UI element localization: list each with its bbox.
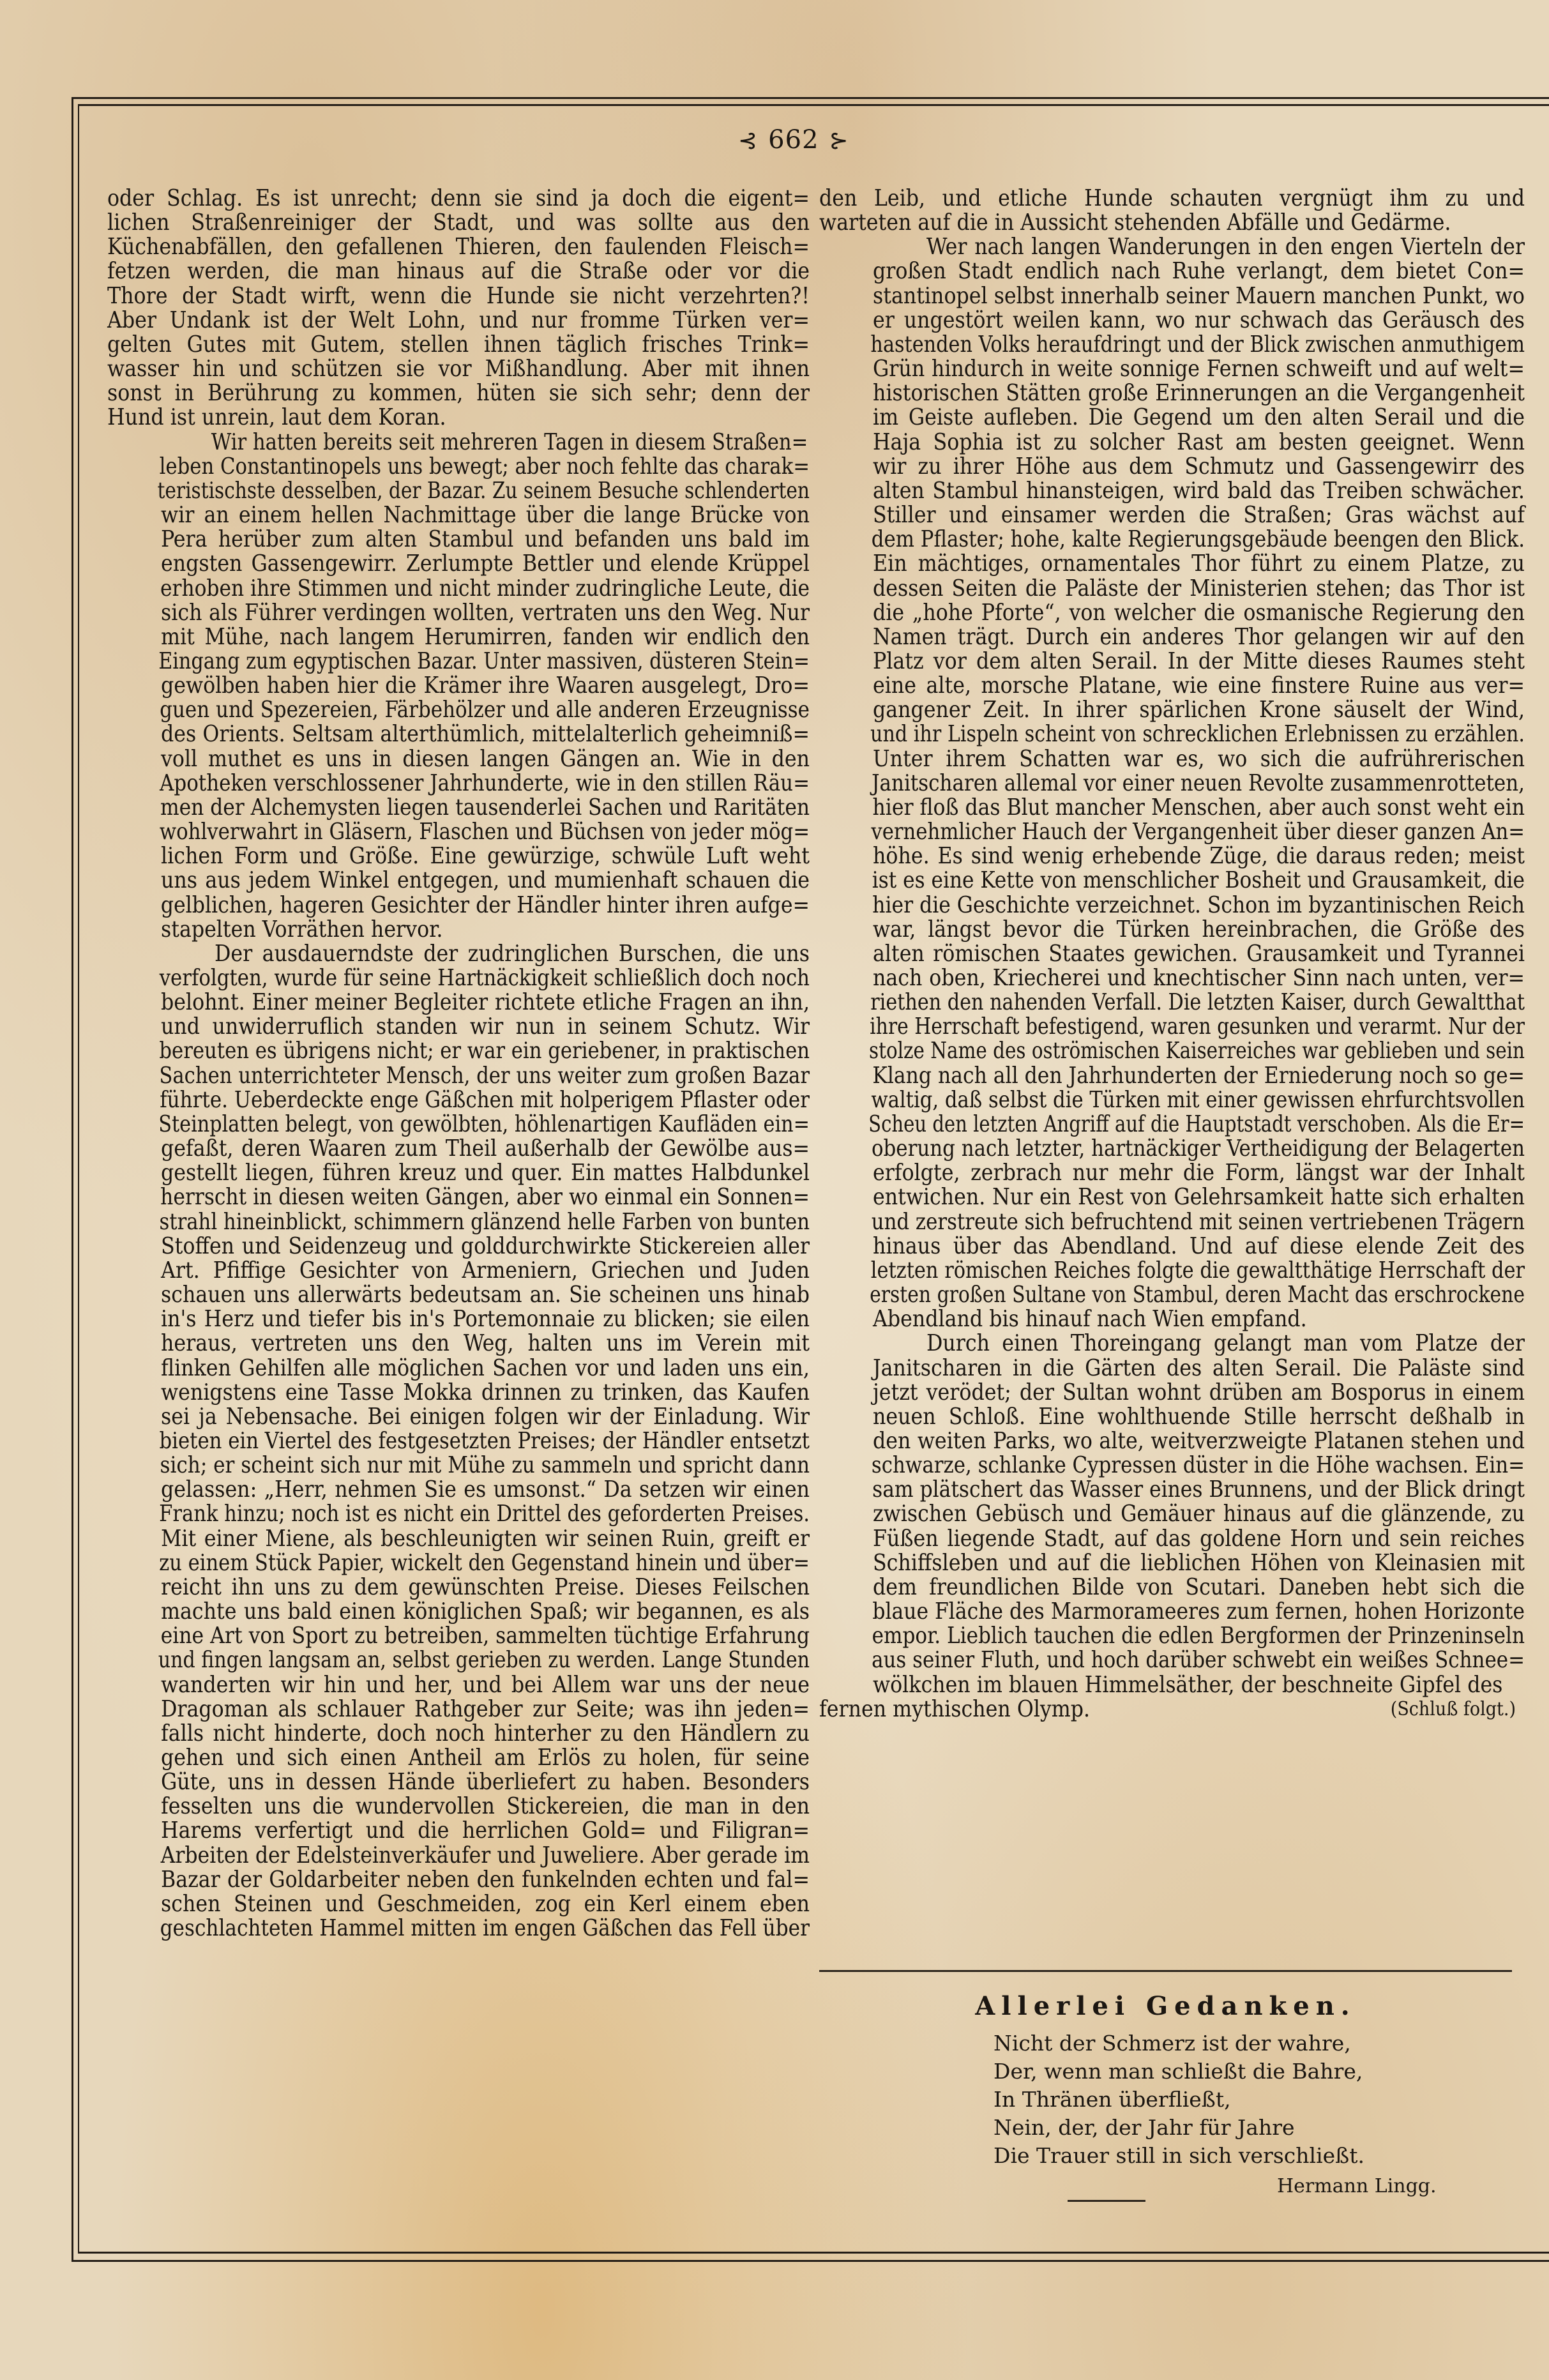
text-line: erfolgte, zerbrach nur mehr die Form, lä… bbox=[819, 1161, 1525, 1185]
text-line: Art. Pfiffige Gesichter von Armeniern, G… bbox=[107, 1259, 810, 1283]
text-line: ist es eine Kette von menschlicher Boshe… bbox=[819, 868, 1515, 893]
text-line: dessen Seiten die Paläste der Ministerie… bbox=[819, 577, 1525, 601]
text-line: wölkchen im blauen Himmelsäther, der bes… bbox=[819, 1673, 1525, 1697]
text-line: hinaus über das Abendland. Und auf diese… bbox=[819, 1234, 1525, 1259]
text-line: Frank hinzu; noch ist es nicht ein Dritt… bbox=[107, 1502, 786, 1526]
article-end-line: fernen mythischen Olymp.(Schluß folgt.) bbox=[819, 1697, 1525, 1722]
text-line: Thore der Stadt wirft, wenn die Hunde si… bbox=[107, 284, 810, 308]
text-line: sei ja Nebensache. Bei einigen folgen wi… bbox=[107, 1405, 810, 1429]
text-line: Namen trägt. Durch ein anderes Thor gela… bbox=[819, 625, 1525, 649]
poem-body: Nicht der Schmerz ist der wahre,Der, wen… bbox=[994, 2029, 1440, 2170]
text-line: ihre Herrschaft befestigend, waren gesun… bbox=[819, 1015, 1484, 1039]
text-line: Abendland bis hinauf nach Wien empfand. bbox=[819, 1307, 1525, 1331]
text-line: Harems verfertigt und die herrlichen Gol… bbox=[107, 1819, 810, 1843]
text-line: riethen den nahenden Verfall. Die letzte… bbox=[819, 990, 1493, 1015]
paragraph: Der ausdauerndste der zudringlichen Burs… bbox=[107, 942, 810, 1941]
text-line: Mit einer Miene, als beschleunigten wir … bbox=[107, 1527, 810, 1551]
ornament-right-icon: ⊱ bbox=[829, 128, 849, 154]
text-line: und unwiderruflich standen wir nun in se… bbox=[107, 1015, 810, 1039]
text-line: Füßen liegende Stadt, auf das goldene Ho… bbox=[819, 1527, 1525, 1551]
text-line: gangener Zeit. In ihrer spärlichen Krone… bbox=[819, 698, 1525, 722]
text-line: bereuten es übrigens nicht; er war ein g… bbox=[107, 1039, 788, 1063]
text-line: Hund ist unrein, laut dem Koran. bbox=[107, 406, 810, 430]
text-line: empor. Lieblich tauchen die edlen Bergfo… bbox=[819, 1624, 1513, 1648]
text-line: ersten großen Sultane von Stambul, deren… bbox=[819, 1283, 1484, 1307]
text-line: wir an einem hellen Nachmittage über die… bbox=[107, 503, 810, 527]
text-line: hastenden Volks heraufdringt und der Bli… bbox=[819, 333, 1495, 357]
right-column: den Leib, und etliche Hunde schauten ver… bbox=[819, 186, 1525, 1722]
text-line: geschlachteten Hammel mitten im engen Gä… bbox=[107, 1916, 798, 1941]
text-line: Haja Sophia ist zu solcher Rast am beste… bbox=[819, 430, 1525, 455]
text-line: wanderten wir hin und her, und bei Allem… bbox=[107, 1673, 810, 1697]
text-line: Der ausdauerndste der zudringlichen Burs… bbox=[107, 942, 810, 966]
text-line: hier die Geschichte verzeichnet. Schon i… bbox=[819, 893, 1519, 918]
text-line: teristischste desselben, der Bazar. Zu s… bbox=[107, 479, 764, 503]
poem-line: Nein, der, der Jahr für Jahre bbox=[994, 2114, 1440, 2142]
text-line: Wer nach langen Wanderungen in den engen… bbox=[819, 235, 1525, 259]
poem-line: Nicht der Schmerz ist der wahre, bbox=[994, 2029, 1440, 2058]
text-line: zu einem Stück Papier, wickelt den Gegen… bbox=[107, 1551, 785, 1575]
poem-line: Die Trauer still in sich verschließt. bbox=[994, 2142, 1440, 2170]
text-line: wir zu ihrer Höhe aus dem Schmutz und Ga… bbox=[819, 455, 1525, 479]
text-line: er ungestört weilen kann, wo nur schwach… bbox=[819, 308, 1525, 333]
text-line: Sachen unterrichteter Mensch, der uns we… bbox=[107, 1064, 788, 1088]
text-line: bieten ein Viertel des festgesetzten Pre… bbox=[107, 1429, 789, 1453]
paragraph: oder Schlag. Es ist unrecht; denn sie si… bbox=[107, 186, 810, 430]
text-line: oberung nach letzter, hartnäckiger Verth… bbox=[819, 1137, 1507, 1161]
text-line: gelblichen, hageren Gesichter der Händle… bbox=[107, 893, 808, 918]
text-line: großen Stadt endlich nach Ruhe verlangt,… bbox=[819, 259, 1525, 284]
text-line: Scheu den letzten Angriff auf die Haupts… bbox=[819, 1112, 1467, 1137]
text-line: fernen mythischen Olymp. bbox=[819, 1697, 1090, 1722]
text-line: flinken Gehilfen alle möglichen Sachen v… bbox=[107, 1356, 810, 1381]
text-line: in's Herz und tiefer bis in's Portemonna… bbox=[107, 1307, 810, 1331]
text-line: sonst in Berührung zu kommen, hüten sie … bbox=[107, 381, 810, 406]
text-line: gelassen: „Herr, nehmen Sie es umsonst.“… bbox=[107, 1478, 810, 1502]
text-line: war, längst bevor die Türken hereinbrach… bbox=[819, 918, 1525, 942]
poem-end-rule bbox=[1068, 2200, 1145, 2202]
text-line: vernehmlicher Hauch der Vergangenheit üb… bbox=[819, 820, 1503, 844]
text-line: oder Schlag. Es ist unrecht; denn sie si… bbox=[107, 186, 810, 211]
text-line: höhe. Es sind wenig erhebende Züge, die … bbox=[819, 844, 1525, 868]
text-line: Arbeiten der Edelsteinverkäufer und Juwe… bbox=[107, 1844, 806, 1868]
text-line: sich als Führer verdingen wollten, vertr… bbox=[107, 601, 810, 625]
section-divider bbox=[819, 1970, 1512, 1972]
text-line: gestellt liegen, führen kreuz und quer. … bbox=[107, 1161, 810, 1185]
page-number: 662 bbox=[768, 125, 819, 155]
text-line: jetzt verödet; der Sultan wohnt drüben a… bbox=[819, 1381, 1525, 1405]
text-line: machte uns bald einen königlichen Spaß; … bbox=[107, 1600, 810, 1624]
text-line: wohlverwahrt in Gläsern, Flaschen und Bü… bbox=[107, 820, 790, 844]
text-line: im Geiste aufleben. Die Gegend um den al… bbox=[819, 406, 1525, 430]
text-line: historischen Stätten große Erinnerungen … bbox=[819, 381, 1525, 406]
text-line: alten Stambul hinansteigen, wird bald da… bbox=[819, 479, 1525, 503]
text-line: sam plätschert das Wasser eines Brunnens… bbox=[819, 1478, 1518, 1502]
text-line: herrscht in diesen weiten Gängen, aber w… bbox=[107, 1185, 803, 1209]
text-line: stolze Name des oströmischen Kaiserreich… bbox=[819, 1039, 1475, 1063]
text-line: Grün hindurch in weite sonnige Fernen sc… bbox=[819, 357, 1525, 381]
poem-line: In Thränen überfließt, bbox=[994, 2086, 1440, 2114]
text-line: die „hohe Pforte“, von welcher die osman… bbox=[819, 601, 1525, 625]
text-line: letzten römischen Reiches folgte die gew… bbox=[819, 1259, 1497, 1283]
text-line: Dragoman als schlauer Rathgeber zur Seit… bbox=[107, 1697, 810, 1722]
text-line: entwichen. Nur ein Rest von Gelehrsamkei… bbox=[819, 1185, 1525, 1209]
text-line: waltig, daß selbst die Türken mit einer … bbox=[819, 1088, 1502, 1112]
paragraph: Wir hatten bereits seit mehreren Tagen i… bbox=[107, 430, 810, 942]
text-line: eine alte, morsche Platane, wie eine fin… bbox=[819, 674, 1525, 698]
text-line: gelten Gutes mit Gutem, stellen ihnen tä… bbox=[107, 333, 810, 357]
text-line: sich; er scheint sich nur mit Mühe zu sa… bbox=[107, 1453, 797, 1478]
text-line: aus seiner Fluth, und hoch darüber schwe… bbox=[819, 1648, 1509, 1672]
text-line: Eingang zum egyptischen Bazar. Unter mas… bbox=[107, 649, 778, 674]
text-line: stantinopel selbst innerhalb seiner Maue… bbox=[819, 284, 1525, 308]
text-line: voll muthet es uns in diesen langen Gäng… bbox=[107, 747, 810, 771]
text-line: schauen uns allerwärts bedeutsam an. Sie… bbox=[107, 1283, 810, 1307]
continuation-note: (Schluß folgt.) bbox=[1391, 1697, 1516, 1722]
text-line: warteten auf die in Aussicht stehenden A… bbox=[819, 211, 1525, 235]
text-line: gehen und sich einen Antheil am Erlös zu… bbox=[107, 1746, 810, 1770]
poem-line: Der, wenn man schließt die Bahre, bbox=[994, 2058, 1440, 2086]
text-line: Bazar der Goldarbeiter neben den funkeln… bbox=[107, 1868, 810, 1892]
poem-author: Hermann Lingg. bbox=[1277, 2175, 1437, 2197]
paragraph: Durch einen Thoreingang gelangt man vom … bbox=[819, 1331, 1525, 1697]
text-line: nach oben, Kriecherei und knechtischer S… bbox=[819, 966, 1525, 990]
text-line: führte. Ueberdeckte enge Gäßchen mit hol… bbox=[107, 1088, 795, 1112]
text-line: verfolgten, wurde für seine Hartnäckigke… bbox=[107, 966, 790, 990]
text-line: zwischen Gebüsch und Gemäuer hinaus auf … bbox=[819, 1502, 1525, 1526]
text-line: lichen Straßenreiniger der Stadt, und wa… bbox=[107, 211, 810, 235]
text-line: heraus, vertreten uns den Weg, halten un… bbox=[107, 1331, 810, 1356]
text-line: und ihr Lispeln scheint von schreckliche… bbox=[819, 722, 1492, 747]
paragraph: den Leib, und etliche Hunde schauten ver… bbox=[819, 186, 1525, 235]
text-line: strahl hineinblickt, schimmern glänzend … bbox=[107, 1210, 789, 1234]
text-line: wasser hin und schützen sie vor Mißhandl… bbox=[107, 357, 810, 381]
text-line: Janitscharen allemal vor einer neuen Rev… bbox=[819, 771, 1509, 796]
text-line: belohnt. Einer meiner Begleiter richtete… bbox=[107, 990, 810, 1015]
text-line: alten römischen Staates gewichen. Grausa… bbox=[819, 942, 1525, 966]
text-line: Stoffen und Seidenzeug und golddurchwirk… bbox=[107, 1234, 810, 1259]
text-line: men der Alchemysten liegen tausenderlei … bbox=[107, 796, 801, 820]
text-line: eine Art von Sport zu betreiben, sammelt… bbox=[107, 1624, 806, 1648]
text-line: Platz vor dem alten Serail. In der Mitte… bbox=[819, 649, 1525, 674]
text-line: Janitscharen in die Gärten des alten Ser… bbox=[819, 1356, 1525, 1381]
text-line: blaue Fläche des Marmorameeres zum ferne… bbox=[819, 1600, 1520, 1624]
text-line: Apotheken verschlossener Jahrhunderte, w… bbox=[107, 771, 794, 796]
text-line: schwarze, schlanke Cypressen düster in d… bbox=[819, 1453, 1507, 1478]
text-line: Klang nach all den Jahrhunderten der Ern… bbox=[819, 1064, 1520, 1088]
text-line: leben Constantinopels uns bewegt; aber n… bbox=[107, 455, 789, 479]
text-line: wenigstens eine Tasse Mokka drinnen zu t… bbox=[107, 1381, 810, 1405]
text-line: Wir hatten bereits seit mehreren Tagen i… bbox=[107, 430, 788, 455]
text-line: Pera herüber zum alten Stambul und befan… bbox=[107, 527, 810, 552]
ornament-left-icon: ⊰ bbox=[738, 128, 758, 154]
text-line: uns aus jedem Winkel entgegen, und mumie… bbox=[107, 868, 810, 893]
text-line: Aber Undank ist der Welt Lohn, und nur f… bbox=[107, 308, 810, 333]
text-line: neuen Schloß. Eine wohlthuende Stille he… bbox=[819, 1405, 1525, 1429]
text-line: Schiffsleben und auf die lieblichen Höhe… bbox=[819, 1551, 1525, 1575]
left-column: oder Schlag. Es ist unrecht; denn sie si… bbox=[107, 186, 810, 1941]
text-line: des Orients. Seltsam alterthümlich, mitt… bbox=[107, 722, 810, 747]
text-line: den Leib, und etliche Hunde schauten ver… bbox=[819, 186, 1525, 211]
text-line: fesselten uns die wundervollen Stickerei… bbox=[107, 1794, 810, 1819]
text-line: lichen Form und Größe. Eine gewürzige, s… bbox=[107, 844, 810, 868]
text-line: und zerstreute sich befruchtend mit sein… bbox=[819, 1210, 1506, 1234]
text-line: mit Mühe, nach langem Herumirren, fanden… bbox=[107, 625, 810, 649]
text-line: Güte, uns in dessen Hände überliefert zu… bbox=[107, 1770, 810, 1794]
text-line: hier floß das Blut mancher Menschen, abe… bbox=[819, 796, 1520, 820]
page-number-header: ⊰662⊱ bbox=[728, 125, 856, 155]
text-line: gefaßt, deren Waaren zum Theil außerhalb… bbox=[107, 1137, 810, 1161]
text-line: Ein mächtiges, ornamentales Thor führt z… bbox=[819, 552, 1525, 576]
text-line: und fingen langsam an, selbst gerieben z… bbox=[107, 1648, 774, 1672]
text-line: dem Pflaster; hohe, kalte Regierungsgebä… bbox=[819, 527, 1506, 552]
text-line: falls nicht hinderte, doch noch hinterhe… bbox=[107, 1722, 810, 1746]
text-line: den weiten Parks, wo alte, weitverzweigt… bbox=[819, 1429, 1525, 1453]
text-line: Stiller und einsamer werden die Straßen;… bbox=[819, 503, 1525, 527]
text-line: stapelten Vorräthen hervor. bbox=[107, 918, 810, 942]
paragraph: Wer nach langen Wanderungen in den engen… bbox=[819, 235, 1525, 1331]
text-line: gewölben haben hier die Krämer ihre Waar… bbox=[107, 674, 810, 698]
text-line: engsten Gassengewirr. Zerlumpte Bettler … bbox=[107, 552, 810, 576]
text-line: reicht ihn uns zu dem gewünschten Preise… bbox=[107, 1575, 810, 1600]
poem-title: Allerlei Gedanken. bbox=[819, 1991, 1512, 2021]
text-line: erhoben ihre Stimmen und nicht minder zu… bbox=[107, 577, 801, 601]
text-line: Steinplatten belegt, von gewölbten, höhl… bbox=[107, 1112, 779, 1137]
text-line: fetzen werden, die man hinaus auf die St… bbox=[107, 259, 810, 284]
text-line: schen Steinen und Geschmeiden, zog ein K… bbox=[107, 1892, 810, 1916]
text-line: Küchenabfällen, den gefallenen Thieren, … bbox=[107, 235, 810, 259]
text-line: guen und Spezereien, Färbehölzer und all… bbox=[107, 698, 794, 722]
text-line: Unter ihrem Schatten war es, wo sich die… bbox=[819, 747, 1525, 771]
text-line: dem freundlichen Bilde von Scutari. Dane… bbox=[819, 1575, 1525, 1600]
text-line: Durch einen Thoreingang gelangt man vom … bbox=[819, 1331, 1525, 1356]
